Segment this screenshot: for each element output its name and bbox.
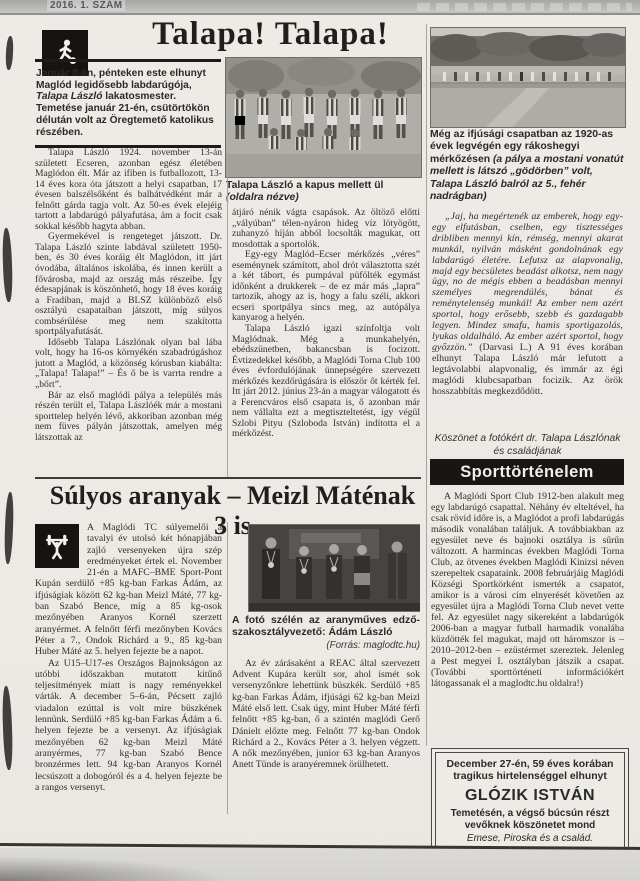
photo-credit-line: Köszönet a fotókért dr. Talapa Lászlónak… xyxy=(432,433,623,458)
scan-bottom-shadow xyxy=(0,856,230,881)
obituary-outro: Temetésén, a végső búcsún részt vevőknek… xyxy=(442,808,618,832)
obituary-box: December 27-én, 59 éves korában tragikus… xyxy=(431,748,629,857)
scan-smudge xyxy=(5,36,14,70)
paragraph: Talapa László igazi színfoltja volt Magl… xyxy=(232,324,420,440)
obituary-intro: December 27-én, 59 éves korában tragikus… xyxy=(442,759,618,783)
caption-note: (oldalra nézve) xyxy=(226,192,299,203)
scan-smudge xyxy=(2,686,14,770)
column-rule xyxy=(227,150,228,477)
sport-history-title: Sporttörténelem xyxy=(460,463,593,482)
weightlifter-icon-image xyxy=(41,530,73,562)
paragraph: átjáró nénik vágta csapások. Az öltöző e… xyxy=(232,208,420,250)
weightlifting-column-2: A fotó szélén az aranyműves edző-szakosz… xyxy=(232,524,420,814)
weightlifting-column-1: A Maglódi TC súlyemelői a tavalyi év uto… xyxy=(35,522,222,818)
paragraph-with-icon: A Maglódi TC súlyemelői a tavalyi év uto… xyxy=(35,522,222,658)
column-rule xyxy=(227,522,228,814)
column-rule xyxy=(426,24,427,746)
darvasi-quote: „Jaj, ha megértenék az emberek, hogy egy… xyxy=(432,212,623,397)
talapa-column-3: „Jaj, ha megértenék az emberek, hogy egy… xyxy=(432,212,623,432)
talapa-article-title: Talapa! Talapa! xyxy=(118,16,423,53)
team-photo-image xyxy=(226,58,421,177)
paragraph: A Maglódi Sport Club 1912-ben alakult me… xyxy=(431,491,624,689)
paragraph: Az év zárásaként a REAC által szervezett… xyxy=(232,658,420,771)
quote-italic-text: „Jaj, ha megértenék az emberek, hogy egy… xyxy=(432,212,623,353)
caption-text: A fotó szélén az aranyműves edző-szakosz… xyxy=(232,615,420,638)
section-divider-rule xyxy=(35,477,421,479)
paragraph: Az U15–U17-es Országos Bajnokságon az ut… xyxy=(35,658,222,794)
paragraph: Gyermekével is rengeteget játszott. Dr. … xyxy=(35,232,222,337)
talapa-column-1: Talapa László 1924. november 13-án szüle… xyxy=(35,148,222,477)
obituary-inner: December 27-én, 59 éves korában tragikus… xyxy=(435,752,625,853)
lead-name: Talapa László xyxy=(36,91,102,102)
podium-photo-caption: A fotó szélén az aranyműves edző-szakosz… xyxy=(232,615,420,640)
sport-history-column: A Maglódi Sport Club 1912-ben alakult me… xyxy=(431,491,624,747)
talapa-lead-box: Január 8-án, pénteken este elhunyt Magló… xyxy=(35,59,221,148)
match-photo-caption: Még az ifjúsági csapatban az 1920-as éve… xyxy=(430,129,624,203)
newspaper-page: 2016. 1. SZÁM Talapa! Talapa! Január 8-á… xyxy=(0,0,640,881)
issue-label: 2016. 1. SZÁM xyxy=(47,0,125,11)
team-photo-caption: Talapa László a kapus mellett ül (oldalr… xyxy=(226,180,420,205)
talapa-column-2: átjáró nénik vágta csapások. Az öltöző e… xyxy=(232,208,420,472)
photo-source: (Forrás: maglodtc.hu) xyxy=(232,640,420,652)
paragraph: Bár az első maglódi pálya a település má… xyxy=(35,391,222,444)
podium-photo xyxy=(248,524,420,612)
podium-photo-image xyxy=(249,525,420,611)
match-photo-image xyxy=(431,28,625,127)
paragraph: Idősebb Talapa Lászlónak olyan bal lába … xyxy=(35,338,222,391)
lead-text-pre: Január 8-án, pénteken este elhunyt Magló… xyxy=(36,68,206,91)
scan-smudge xyxy=(2,228,14,302)
paragraph: Talapa László 1924. november 13-án szüle… xyxy=(35,148,222,232)
weightlifter-icon xyxy=(35,524,79,568)
sport-history-header-bar: Sporttörténelem xyxy=(430,459,624,485)
obituary-name: GLÓZIK ISTVÁN xyxy=(442,787,618,805)
caption-text: Talapa László a kapus mellett ül xyxy=(226,180,383,191)
match-photo xyxy=(430,27,626,128)
obituary-signature: Emese, Piroska és a család. xyxy=(442,833,618,845)
masthead-ghost-text xyxy=(417,3,632,11)
scan-smudge xyxy=(4,492,15,564)
scan-top-band: 2016. 1. SZÁM xyxy=(0,0,640,15)
paragraph: Egy-egy Maglód–Ecser mérkőzés „véres” es… xyxy=(232,250,420,324)
team-photo xyxy=(225,57,422,178)
